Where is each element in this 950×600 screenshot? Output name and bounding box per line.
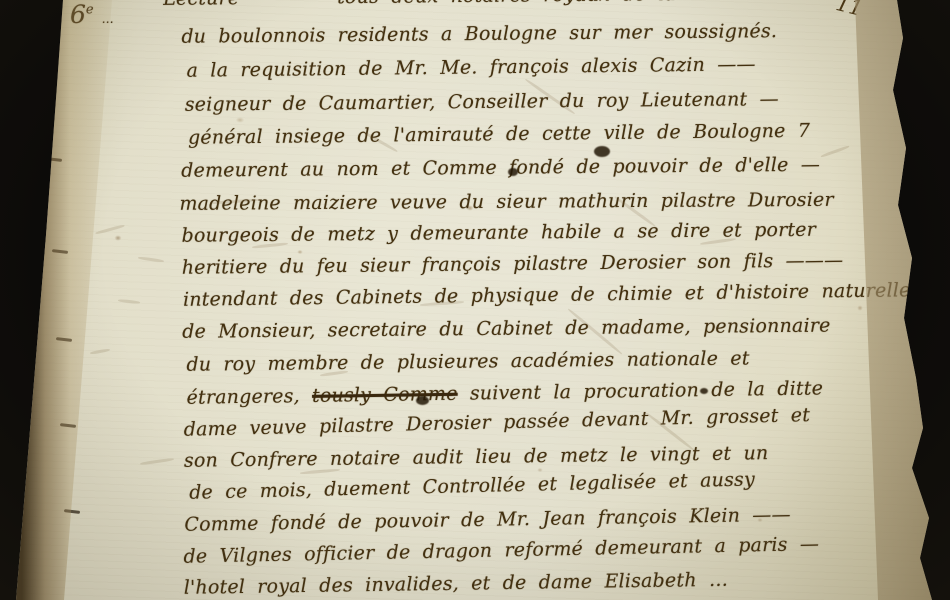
manuscript-line-16: de ce mois, duement Controllée et legali… [189, 468, 755, 503]
manuscript-line-19: l'hotel royal des invalides, et de dame … [184, 569, 729, 599]
manuscript-line-5: général insiege de l'amirauté de cette v… [188, 120, 810, 149]
ink-blot [508, 168, 518, 176]
ink-blot [700, 388, 708, 394]
text-lines: Lecture tous deux notaires royaux de la … [0, 0, 950, 600]
manuscript-line-2: du boulonnois residents a Boulogne sur m… [181, 20, 777, 48]
manuscript-line-4: seigneur de Caumartier, Conseiller du ro… [185, 88, 779, 116]
manuscript-line-17: Comme fondé de pouvoir de Mr. Jean franç… [184, 504, 791, 536]
ink-blot [594, 146, 610, 157]
ink-blot [416, 396, 429, 405]
struck-words: tously Comme [312, 383, 458, 407]
manuscript-line-12: du roy membre de plusieures académies na… [186, 347, 749, 375]
manuscript-line-1: Lecture tous deux notaires royaux de la … [163, 0, 727, 10]
manuscript-line-10: intendant des Cabinets de physique de ch… [183, 279, 911, 311]
manuscript-line-9: heritiere du feu sieur françois pilastre… [182, 249, 844, 279]
manuscript-line-11: de Monsieur, secretaire du Cabinet de ma… [182, 315, 831, 343]
manuscript-line-6: demeurent au nom et Comme fondé de pouvo… [181, 154, 820, 182]
manuscript-line-18: de Vilgnes officier de dragon reformé de… [183, 533, 819, 568]
manuscript-line-14: dame veuve pilastre Derosier passée deva… [184, 404, 811, 441]
manuscript-line-13: étrangeres, tously Comme suivent la proc… [186, 377, 823, 408]
manuscript-page: 6e … 11 Lecture tous deux notaires royau… [0, 0, 950, 600]
manuscript-line-15: son Confrere notaire audit lieu de metz … [184, 442, 769, 472]
manuscript-photo: 6e … 11 Lecture tous deux notaires royau… [0, 0, 950, 600]
manuscript-line-7: madeleine maiziere veuve du sieur mathur… [179, 189, 833, 215]
manuscript-line-3: a la requisition de Mr. Me. françois ale… [186, 53, 755, 81]
